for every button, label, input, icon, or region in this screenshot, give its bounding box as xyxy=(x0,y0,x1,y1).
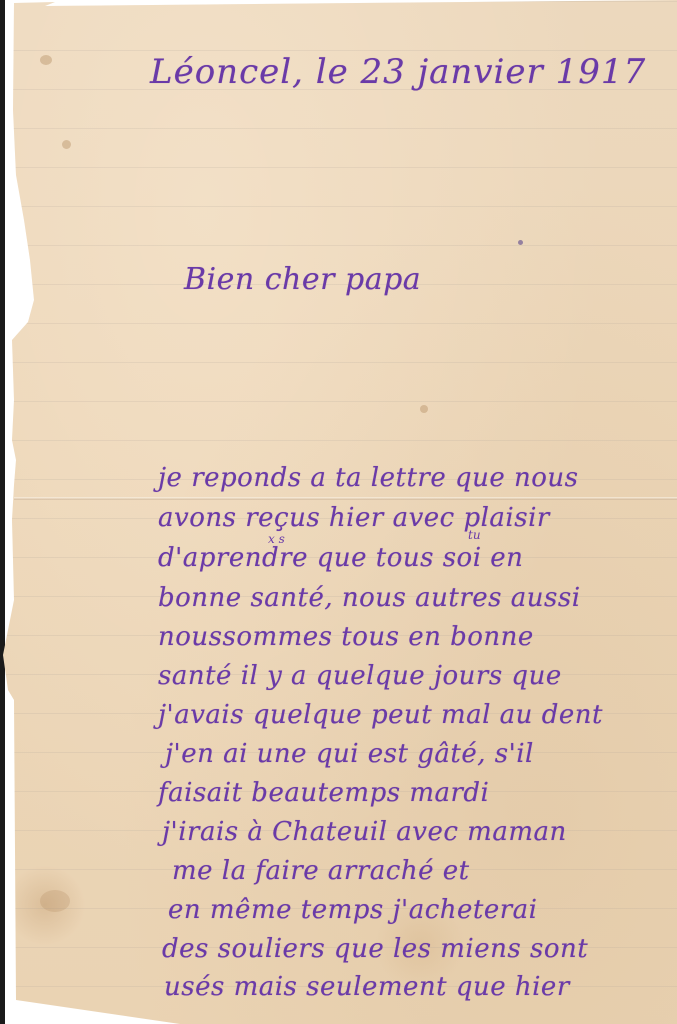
body-line-2: avons reçus hier avec plaisir xyxy=(158,503,550,533)
stain xyxy=(40,55,52,65)
stain xyxy=(518,240,523,245)
body-line-1: je reponds a ta lettre que nous xyxy=(158,463,579,493)
stain xyxy=(62,140,71,149)
stain xyxy=(40,890,70,912)
paper-fold xyxy=(14,497,677,500)
scanned-letter: Léoncel, le 23 janvier 1917 Bien cher pa… xyxy=(0,0,677,1024)
body-line-3: d'aprendre que tous soi en xyxy=(158,543,523,573)
stain xyxy=(420,405,428,413)
body-line-4: bonne santé, nous autres aussi xyxy=(158,583,581,613)
scanner-edge xyxy=(0,0,5,1024)
body-line-8: j'en ai une qui est gâté, s'il xyxy=(165,739,534,769)
body-line-14: usés mais seulement que hier xyxy=(164,972,570,1002)
body-line-9: faisait beautemps mardi xyxy=(158,778,489,808)
correction-insert: tu xyxy=(468,528,481,542)
body-line-11: me la faire arraché et xyxy=(172,856,470,886)
letter-paper: Léoncel, le 23 janvier 1917 Bien cher pa… xyxy=(0,0,677,1024)
body-line-6: santé il y a quelque jours que xyxy=(158,661,562,691)
letter-salutation: Bien cher papa xyxy=(184,262,421,297)
body-line-10: j'irais à Chateuil avec maman xyxy=(162,817,567,847)
body-line-5: noussommes tous en bonne xyxy=(158,622,534,652)
body-line-7: j'avais quelque peut mal au dent xyxy=(158,700,603,730)
letter-date-header: Léoncel, le 23 janvier 1917 xyxy=(150,52,646,92)
body-line-12: en même temps j'acheterai xyxy=(168,895,537,925)
body-line-13: des souliers que les miens sont xyxy=(162,934,588,964)
